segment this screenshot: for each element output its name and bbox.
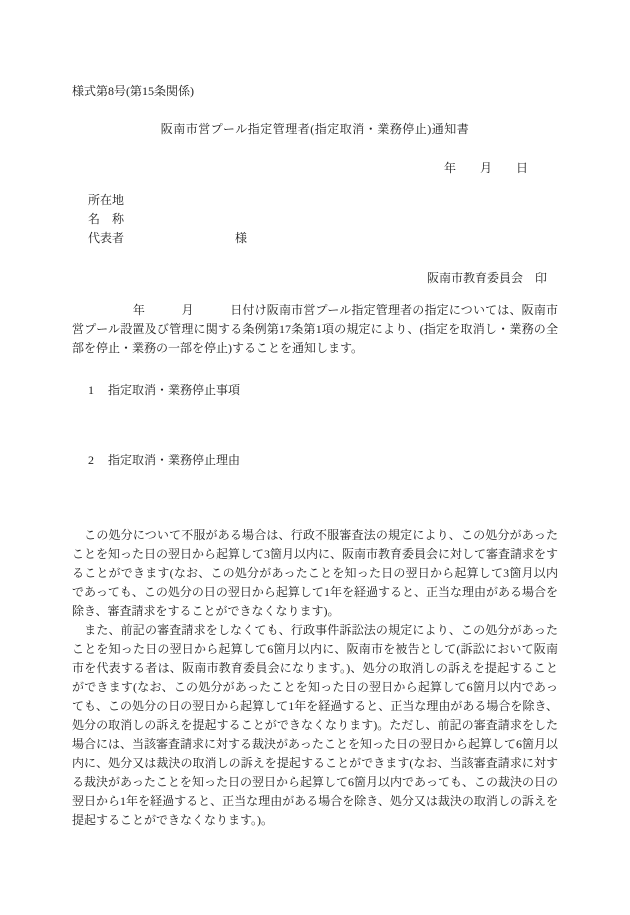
section-1-title: 指定取消・業務停止事項	[108, 383, 240, 397]
appeal-notice-block: この処分について不服がある場合は、行政不服審査法の規定により、この処分があったこ…	[72, 526, 558, 830]
appeal-paragraph-administrative-review: この処分について不服がある場合は、行政不服審査法の規定により、この処分があったこ…	[72, 526, 558, 621]
notification-paragraph: 年 月 日付け阪南市営プール指定管理者の指定については、阪南市営プール設置及び管…	[72, 301, 558, 358]
section-2-heading: 2指定取消・業務停止理由	[72, 451, 558, 470]
addressee-representative-label: 代表者	[88, 231, 124, 245]
section-1-heading: 1指定取消・業務停止事項	[72, 381, 558, 400]
addressee-honorific: 様	[235, 231, 247, 245]
issuer-line: 阪南市教育委員会 印	[72, 269, 547, 288]
section-2-number: 2	[88, 451, 108, 470]
appeal-paragraph-litigation: また、前記の審査請求をしなくても、行政事件訴訟法の規定により、この処分があったこ…	[72, 621, 558, 830]
section-2-title: 指定取消・業務停止理由	[108, 453, 240, 467]
document-title: 阪南市営プール指定管理者(指定取消・業務停止)通知書	[72, 120, 558, 139]
document-page: 様式第8号(第15条関係) 阪南市営プール指定管理者(指定取消・業務停止)通知書…	[0, 0, 630, 915]
addressee-location-label: 所在地	[88, 191, 558, 210]
addressee-block: 所在地 名 称 代表者様	[72, 191, 558, 248]
date-line: 年 月 日	[72, 159, 528, 178]
addressee-name-label: 名 称	[88, 210, 558, 229]
addressee-representative-line: 代表者様	[88, 229, 558, 248]
section-1-number: 1	[88, 381, 108, 400]
form-number: 様式第8号(第15条関係)	[72, 82, 558, 101]
